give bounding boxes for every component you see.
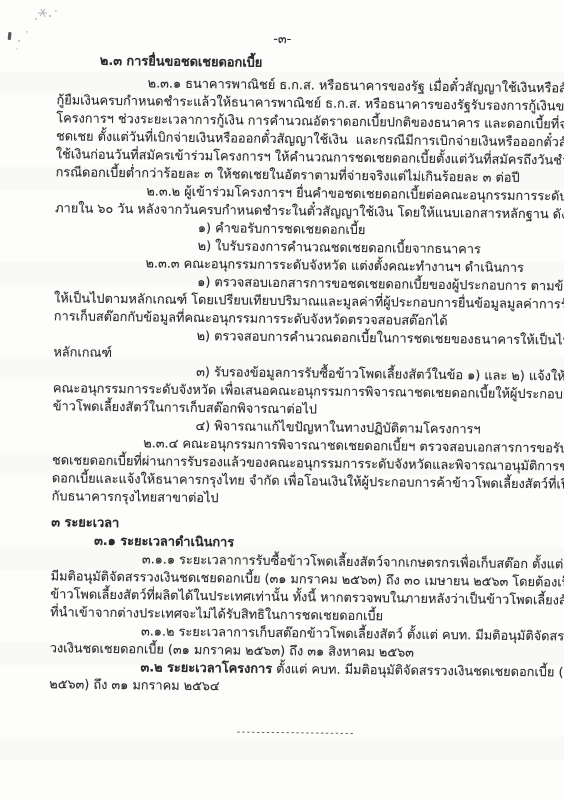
end-separator: ------------------------ bbox=[0, 720, 556, 746]
clause-3-2-rest: ตั้งแต่ คบท. มีมติอนุมัติจัดสรรวงเงินชดเ… bbox=[272, 662, 564, 681]
document-body: -๓- ๒.๓ การยื่นขอชดเชยดอกเบี้ย ๒.๓.๑ ธนา… bbox=[0, 0, 564, 745]
clause-3-2-lead: ๓.๒ ระยะเวลาโครงการ bbox=[140, 660, 272, 677]
section-2-3-heading: ๒.๓ การยื่นขอชดเชยดอกเบี้ย bbox=[0, 52, 564, 77]
page-number: -๓- bbox=[0, 0, 564, 52]
separator-dashes: ------------------------ bbox=[236, 727, 354, 738]
scanned-document-page: -๓- ๒.๓ การยื่นขอชดเชยดอกเบี้ย ๒.๓.๑ ธนา… bbox=[0, 0, 564, 800]
